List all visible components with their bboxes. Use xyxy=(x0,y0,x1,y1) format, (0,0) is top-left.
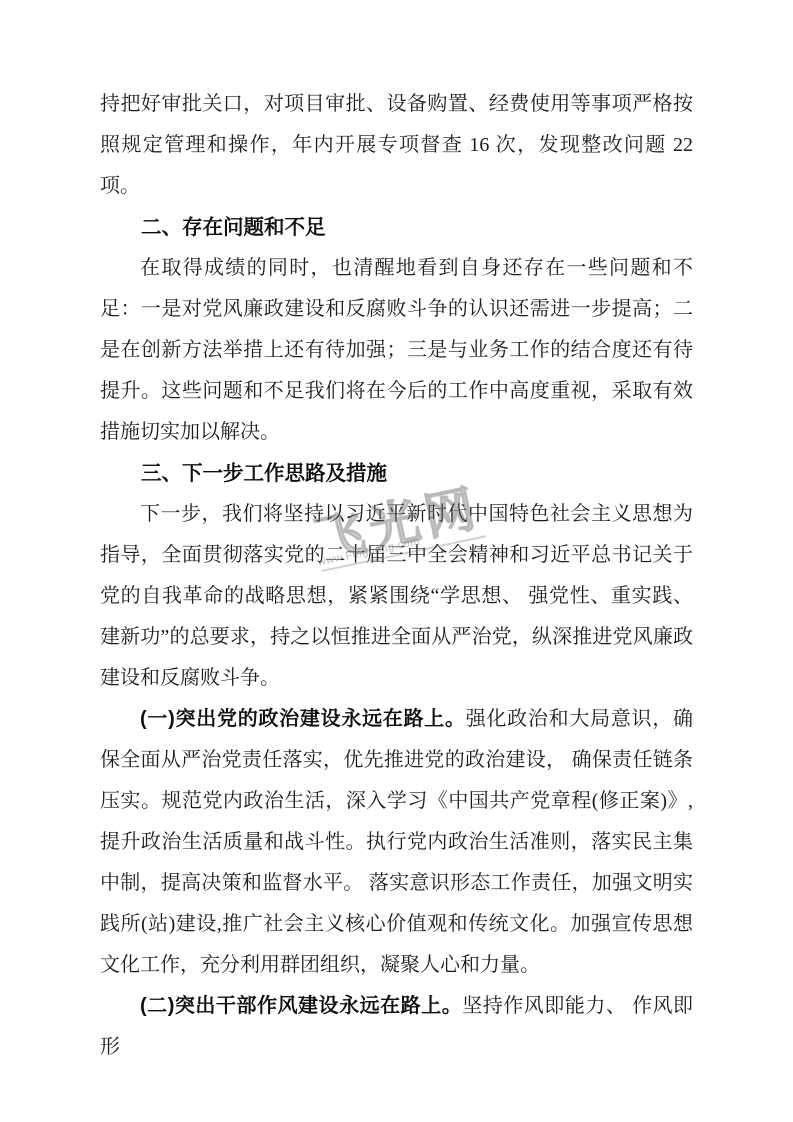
section-heading-problems: 二、存在问题和不足 xyxy=(100,207,693,248)
paragraph-political-construction: (一)突出党的政治建设永远在路上。强化政治和大局意识，确保全面从严治党责任落实，… xyxy=(100,699,693,986)
paragraph-political-construction-lead: (一)突出党的政治建设永远在路上。 xyxy=(140,708,466,730)
document-page: 飞光网 www.Feiguang.com 持把好审批关口，对项目审批、设备购置、… xyxy=(0,0,793,1122)
section-heading-next-steps: 三、下一步工作思路及措施 xyxy=(100,453,693,494)
paragraph-cadre-workstyle: (二)突出干部作风建设永远在路上。坚持作风即能力、 作风即形 xyxy=(100,986,693,1068)
paragraph-next-steps-overview: 下一步，我们将坚持以习近平新时代中国特色社会主义思想为指导，全面贯彻落实党的二十… xyxy=(100,494,693,699)
paragraph-problems: 在取得成绩的同时，也清醒地看到自身还存在一些问题和不足：一是对党风廉政建设和反腐… xyxy=(100,248,693,453)
paragraph-audit-continued: 持把好审批关口，对项目审批、设备购置、经费使用等事项严格按照规定管理和操作，年内… xyxy=(100,84,693,207)
paragraph-cadre-workstyle-lead: (二)突出干部作风建设永远在路上。 xyxy=(140,995,462,1017)
paragraph-political-construction-body: 强化政治和大局意识，确保全面从严治党责任落实，优先推进党的政治建设， 确保责任链… xyxy=(100,708,693,976)
